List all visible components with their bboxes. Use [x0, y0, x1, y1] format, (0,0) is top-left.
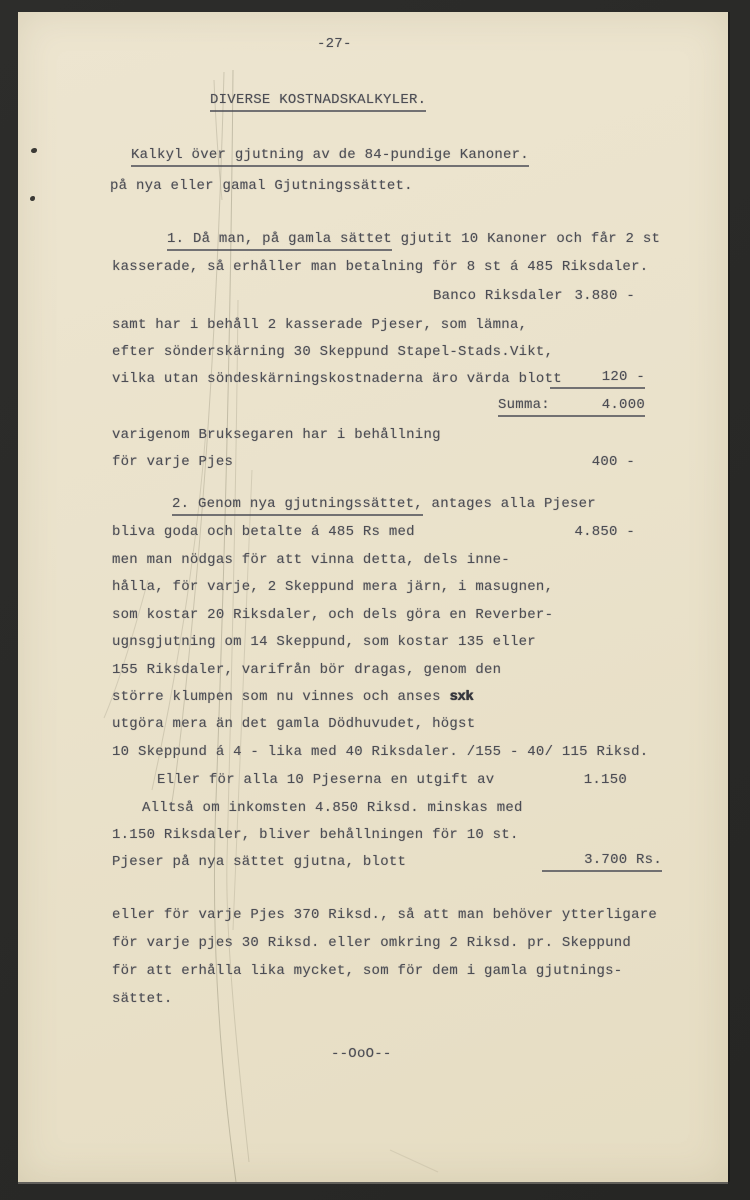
- document-heading-text: Kalkyl över gjutning av de 84-pundige Ka…: [131, 147, 529, 167]
- overstruck-typo: sxk: [449, 689, 473, 705]
- section2-line: 155 Riksdaler, varifrån bör dragas, geno…: [112, 662, 501, 678]
- section2-line: 10 Skeppund á 4 - lika med 40 Riksdaler.…: [112, 744, 648, 760]
- section1-heading: 1. Då man, på gamla sättet gjutit 10 Kan…: [167, 231, 660, 247]
- value-120: 120 -: [550, 369, 645, 389]
- section3-line: sättet.: [112, 991, 173, 1007]
- section1-line: för varje Pjes: [112, 454, 233, 470]
- section2-line: som kostar 20 Riksdaler, och dels göra e…: [112, 607, 553, 623]
- section2-line: Eller för alla 10 Pjeserna en utgift av: [157, 772, 494, 788]
- document-title: DIVERSE KOSTNADSKALKYLER.: [210, 92, 426, 108]
- section3-line: för att erhålla lika mycket, som för dem…: [112, 963, 622, 979]
- document-heading-line2: på nya eller gamal Gjutningssättet.: [110, 178, 413, 194]
- section1-line: vilka utan söndeskärningskostnaderna äro…: [112, 371, 562, 387]
- section1-line: varigenom Bruksegaren har i behållning: [112, 427, 441, 443]
- section2-line-with-overstrike: större klumpen som nu vinnes och anses s…: [112, 689, 473, 705]
- summa-label: Summa:: [498, 397, 550, 413]
- value-3700: 3.700 Rs.: [542, 852, 662, 872]
- section2-line: bliva goda och betalte á 485 Rs med: [112, 524, 415, 540]
- section2-line: men man nödgas för att vinna detta, dels…: [112, 552, 510, 568]
- section2-line: utgöra mera än det gamla Dödhuvudet, hög…: [112, 716, 475, 732]
- summa-value: 4.000: [550, 397, 645, 417]
- section2-heading: 2. Genom nya gjutningssättet, antages al…: [172, 496, 596, 512]
- section2-line: hålla, för varje, 2 Skeppund mera järn, …: [112, 579, 553, 595]
- section2-heading-rest: antages alla Pjeser: [423, 496, 596, 512]
- section2-heading-underlined: 2. Genom nya gjutningssättet,: [172, 496, 423, 516]
- footer-ornament: --OoO--: [331, 1046, 392, 1062]
- page-number: -27-: [317, 36, 352, 52]
- value-400: 400 -: [540, 454, 635, 470]
- document-heading: Kalkyl över gjutning av de 84-pundige Ka…: [131, 147, 529, 163]
- section2-line: 1.150 Riksdaler, bliver behållningen för…: [112, 827, 519, 843]
- section1-heading-underlined: 1. Då man, på gamla sättet: [167, 231, 392, 251]
- scanned-document-page: -27- DIVERSE KOSTNADSKALKYLER. Kalkyl öv…: [0, 0, 750, 1200]
- section2-line-text: större klumpen som nu vinnes och anses: [112, 689, 449, 705]
- section1-line: kasserade, så erhåller man betalning för…: [112, 259, 648, 275]
- document-title-text: DIVERSE KOSTNADSKALKYLER.: [210, 92, 426, 112]
- value-4850: 4.850 -: [540, 524, 635, 540]
- summa-label-text: Summa:: [498, 397, 550, 417]
- section3-line: för varje pjes 30 Riksd. eller omkring 2…: [112, 935, 631, 951]
- section1-heading-rest: gjutit 10 Kanoner och får 2 st: [392, 231, 660, 247]
- section3-line: eller för varje Pjes 370 Riksd., så att …: [112, 907, 657, 923]
- section1-line: efter sönderskärning 30 Skeppund Stapel-…: [112, 344, 553, 360]
- value-1150-expense: 1.150: [532, 772, 627, 788]
- banco-amount: 3.880 -: [540, 288, 635, 304]
- section2-line: Pjeser på nya sättet gjutna, blott: [112, 854, 406, 870]
- section2-line: ugnsgjutning om 14 Skeppund, som kostar …: [112, 634, 536, 650]
- section1-line: samt har i behåll 2 kasserade Pjeser, so…: [112, 317, 527, 333]
- section2-line: Alltså om inkomsten 4.850 Riksd. minskas…: [142, 800, 523, 816]
